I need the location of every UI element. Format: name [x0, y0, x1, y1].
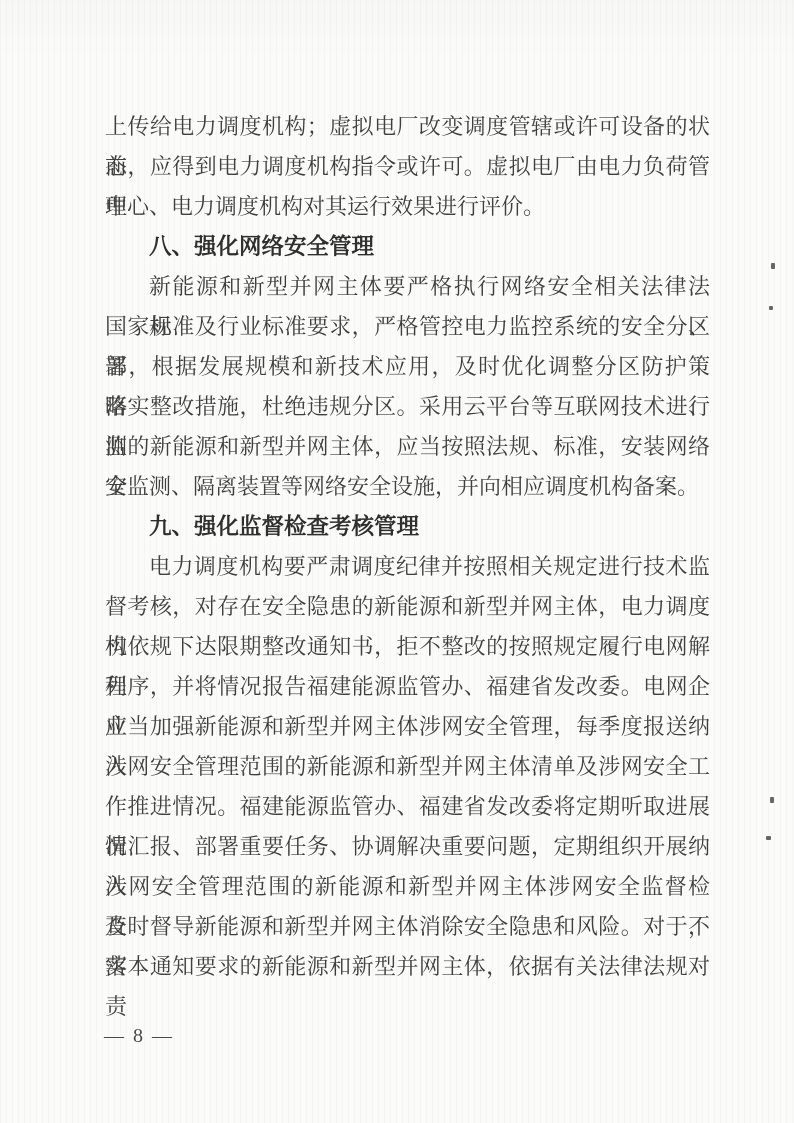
text-line: 构依规下达限期整改通知书，拒不整改的按照规定履行电网解列 — [105, 627, 710, 667]
text-line: 落实整改措施，杜绝违规分区。采用云平台等互联网技术进行监 — [105, 387, 710, 427]
text-line: 及时督导新能源和新型并网主体消除安全隐患和风险。对于不落 — [105, 907, 710, 947]
text-line: 全监测、隔离装置等网络安全设施，并向相应调度机构备案。 — [105, 467, 710, 507]
scan-artifact — [766, 836, 771, 840]
page-number: — 8 — — [104, 1025, 174, 1047]
text-line: 程序，并将情况报告福建能源监管办、福建省发改委。电网企业 — [105, 667, 710, 707]
text-line: 电力调度机构要严肃调度纪律并按照相关规定进行技术监 — [105, 547, 710, 587]
text-line: 国家标准及行业标准要求，严格管控电力监控系统的安全分区部 — [105, 307, 710, 347]
section-heading: 八、强化网络安全管理 — [105, 227, 710, 267]
document-page: 上传给电力调度机构；虚拟电厂改变调度管辖或许可设备的状态前，应得到电力调度机构指… — [0, 0, 794, 1123]
text-line: 署，根据发展规模和新技术应用，及时优化调整分区防护策略、 — [105, 347, 710, 387]
scan-artifact — [770, 797, 774, 803]
text-line: 况汇报、部署重要任务、协调解决重要问题，定期组织开展纳入 — [105, 827, 710, 867]
text-line: 涉网安全管理范围的新能源和新型并网主体清单及涉网安全工 — [105, 747, 710, 787]
text-line: 中心、电力调度机构对其运行效果进行评价。 — [105, 187, 710, 227]
text-line: 应当加强新能源和新型并网主体涉网安全管理，每季度报送纳入 — [105, 707, 710, 747]
section-heading: 九、强化监督检查考核管理 — [105, 507, 710, 547]
text-line: 新能源和新型并网主体要严格执行网络安全相关法律法规、 — [105, 267, 710, 307]
document-body: 上传给电力调度机构；虚拟电厂改变调度管辖或许可设备的状态前，应得到电力调度机构指… — [105, 107, 710, 987]
text-line: 督考核，对存在安全隐患的新能源和新型并网主体，电力调度机 — [105, 587, 710, 627]
scan-artifact — [769, 306, 773, 310]
text-line: 前，应得到电力调度机构指令或许可。虚拟电厂由电力负荷管理 — [105, 147, 710, 187]
scan-artifact — [771, 263, 775, 269]
text-line: 涉网安全管理范围的新能源和新型并网主体涉网安全监督检查， — [105, 867, 710, 907]
text-line: 上传给电力调度机构；虚拟电厂改变调度管辖或许可设备的状态 — [105, 107, 710, 147]
text-line: 测的新能源和新型并网主体，应当按照法规、标准，安装网络安 — [105, 427, 710, 467]
text-line: 作推进情况。福建能源监管办、福建省发改委将定期听取进展情 — [105, 787, 710, 827]
page-footer: — 8 — — [104, 1022, 174, 1050]
text-line: 实本通知要求的新能源和新型并网主体，依据有关法律法规对责 — [105, 947, 710, 987]
